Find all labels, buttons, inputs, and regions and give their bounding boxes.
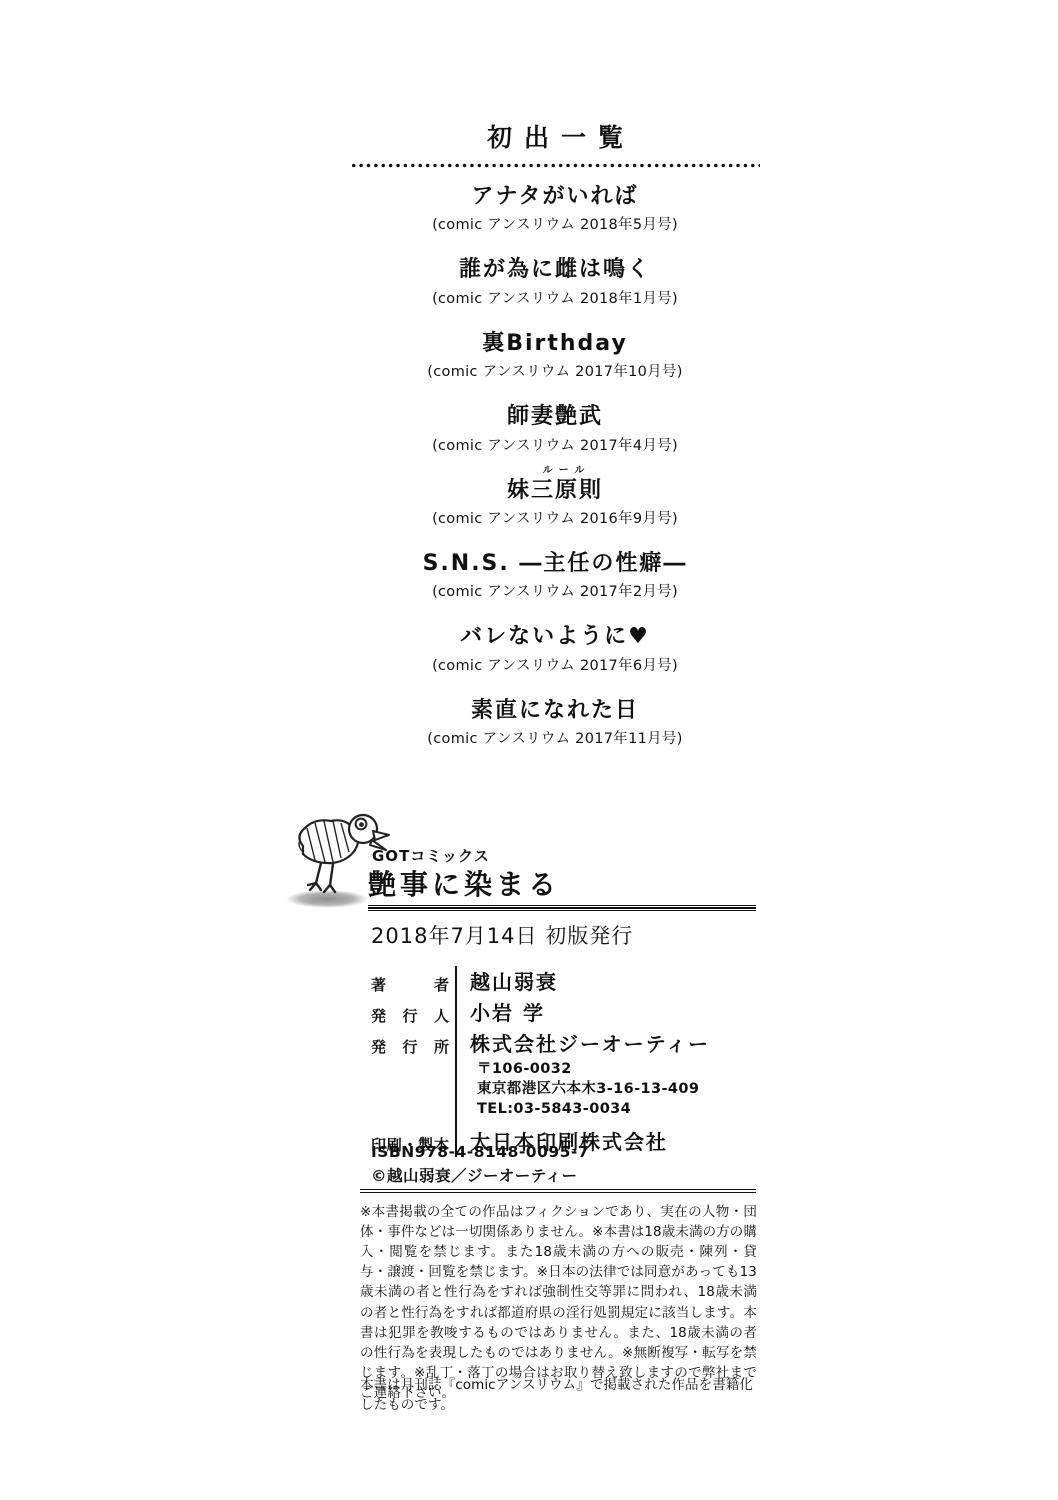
credit-value-publisher: 株式会社ジーオーティー <box>455 1028 757 1059</box>
isbn-number: ISBN978-4-8148-0095-7 <box>371 1143 589 1161</box>
serialization-note: 本書は月刊誌『comicアンスリウム』で掲載された作品を書籍化したものです。 <box>360 1373 760 1413</box>
work-title: 誰が為に雌は鳴く <box>459 257 651 283</box>
work-title: バレないように♥ <box>460 624 650 650</box>
work-title: 素直になれた日 <box>471 698 639 724</box>
list-item: S.N.S. ―主任の性癖― (comic アンスリウム 2017年2月号) <box>350 551 760 601</box>
work-source: (comic アンスリウム 2017年2月号) <box>350 580 760 601</box>
title-divider <box>368 907 756 911</box>
edition-date: 2018年7月14日 初版発行 <box>371 920 633 950</box>
work-source: (comic アンスリウム 2017年10月号) <box>350 360 760 381</box>
list-item: 裏Birthday (comic アンスリウム 2017年10月号) <box>350 331 760 381</box>
book-colophon-page: 初出一覧 アナタがいれば (comic アンスリウム 2018年5月号) 誰が為… <box>0 0 1058 1500</box>
work-source: (comic アンスリウム 2018年5月号) <box>350 213 760 234</box>
work-title: アナタがいれば <box>472 184 639 210</box>
furigana-label: ルール <box>543 465 591 477</box>
imprint-label: GOTコミックス <box>372 845 490 866</box>
first-publication-section: 初出一覧 アナタがいれば (comic アンスリウム 2018年5月号) 誰が為… <box>350 118 760 771</box>
credit-value-author: 越山弱衰 <box>455 966 757 997</box>
credit-label-author: 著者 <box>371 966 455 997</box>
publisher-address: 〒106-0032 東京都港区六本木3-16-13-409 TEL:03-584… <box>455 1059 757 1126</box>
work-source: (comic アンスリウム 2017年4月号) <box>350 434 760 455</box>
work-list: アナタがいれば (comic アンスリウム 2018年5月号) 誰が為に雌は鳴く… <box>350 184 760 748</box>
list-item: バレないように♥ (comic アンスリウム 2017年6月号) <box>350 624 760 674</box>
phone-number: TEL:03-5843-0034 <box>477 1100 757 1119</box>
work-source: (comic アンスリウム 2018年1月号) <box>350 287 760 308</box>
credit-value-publisher-person: 小岩 学 <box>455 997 757 1028</box>
work-source: (comic アンスリウム 2017年6月号) <box>350 654 760 675</box>
street-address: 東京都港区六本木3-16-13-409 <box>477 1080 757 1099</box>
copyright-line: ©越山弱衰／ジーオーティー <box>371 1164 577 1186</box>
work-source: (comic アンスリウム 2017年11月号) <box>350 727 760 748</box>
book-title-block: 艶事に染まる <box>368 867 756 911</box>
work-title: S.N.S. ―主任の性癖― <box>423 551 688 577</box>
list-item: 誰が為に雌は鳴く (comic アンスリウム 2018年1月号) <box>350 257 760 307</box>
work-source: (comic アンスリウム 2016年9月号) <box>350 507 760 528</box>
credit-label-publisher: 発行所 <box>371 1028 455 1059</box>
disclaimer-divider <box>360 1189 756 1193</box>
credits-table: 著者 越山弱衰 発行人 小岩 学 発行所 株式会社ジーオーティー 〒106-00… <box>371 966 757 1157</box>
work-title: 裏Birthday <box>482 331 628 357</box>
list-item: ルール 妹三原則 (comic アンスリウム 2016年9月号) <box>350 478 760 528</box>
credit-label-spacer <box>371 1059 455 1126</box>
book-title: 艶事に染まる <box>368 867 756 906</box>
work-title: 師妻艶武 <box>507 404 603 430</box>
list-item: 素直になれた日 (comic アンスリウム 2017年11月号) <box>350 698 760 748</box>
work-title: ルール 妹三原則 <box>507 478 603 504</box>
first-publication-title: 初出一覧 <box>350 118 760 154</box>
list-item: 師妻艶武 (comic アンスリウム 2017年4月号) <box>350 404 760 454</box>
list-item: アナタがいれば (comic アンスリウム 2018年5月号) <box>350 184 760 234</box>
postal-code: 〒106-0032 <box>477 1060 757 1079</box>
credit-label-publisher-person: 発行人 <box>371 997 455 1028</box>
work-title-text: 妹三原則 <box>507 478 603 503</box>
dotted-divider <box>350 163 760 168</box>
